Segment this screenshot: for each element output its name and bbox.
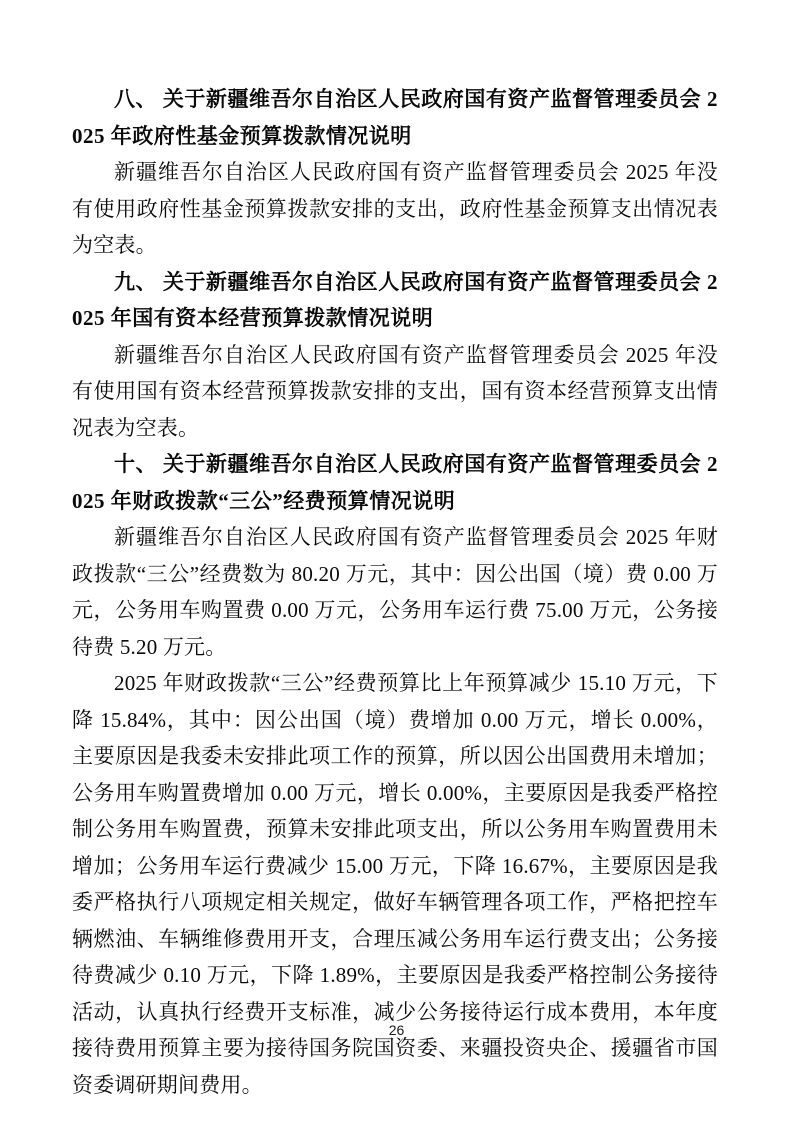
document-page: 八、 关于新疆维吾尔自治区人民政府国有资产监督管理委员会 2025 年政府性基金… [0, 0, 793, 1122]
section-paragraph-government-fund-budget: 新疆维吾尔自治区人民政府国有资产监督管理委员会 2025 年没有使用政府性基金预… [72, 154, 718, 264]
section-heading-three-public-expenses: 十、 关于新疆维吾尔自治区人民政府国有资产监督管理委员会 2025 年财政拨款“… [72, 446, 718, 519]
section-heading-government-fund-budget: 八、 关于新疆维吾尔自治区人民政府国有资产监督管理委员会 2025 年政府性基金… [72, 81, 718, 154]
section-paragraph-state-capital-budget: 新疆维吾尔自治区人民政府国有资产监督管理委员会 2025 年没有使用国有资本经营… [72, 337, 718, 447]
section-heading-state-capital-budget: 九、 关于新疆维吾尔自治区人民政府国有资产监督管理委员会 2025 年国有资本经… [72, 264, 718, 337]
section-paragraph-three-public-expenses-amounts: 新疆维吾尔自治区人民政府国有资产监督管理委员会 2025 年财政拨款“三公”经费… [72, 519, 718, 665]
document-content: 八、 关于新疆维吾尔自治区人民政府国有资产监督管理委员会 2025 年政府性基金… [72, 81, 718, 1103]
page-number: 26 [0, 1022, 793, 1038]
